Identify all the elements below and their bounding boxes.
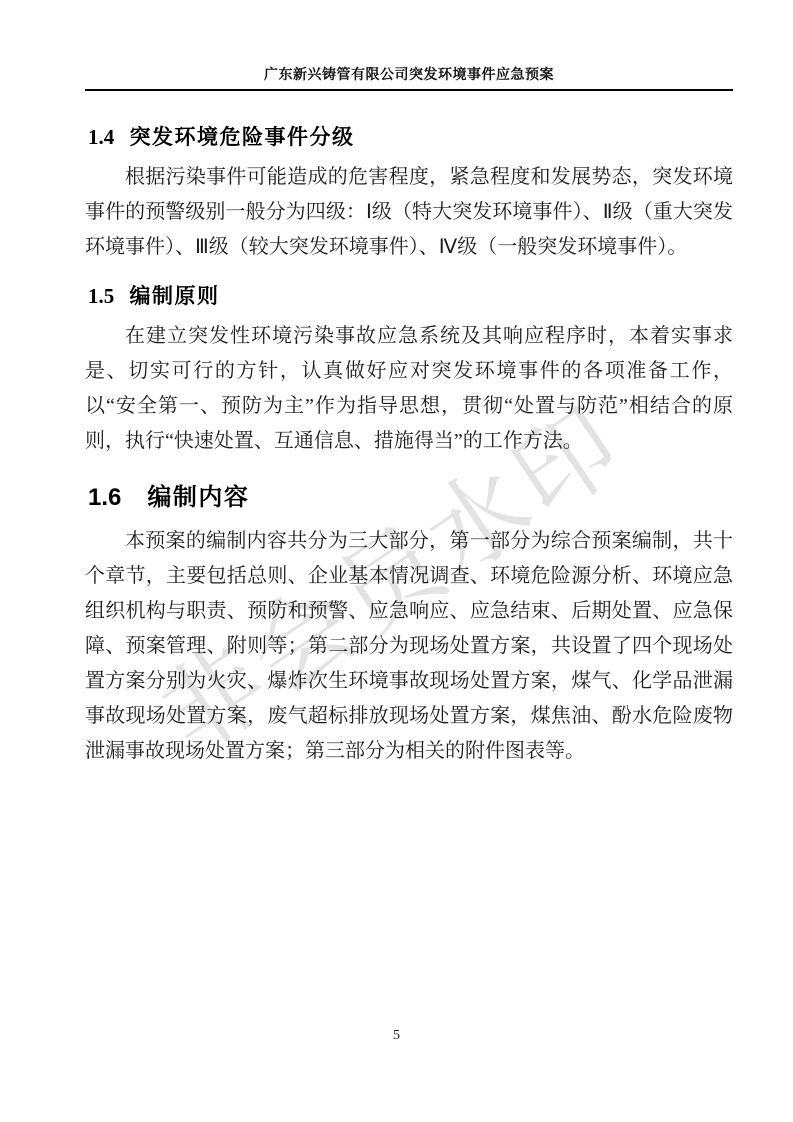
page-number: 5 <box>393 1028 400 1043</box>
page-header-title: 广东新兴铸管有限公司突发环境事件应急预案 <box>264 68 554 83</box>
page-footer: 5 <box>0 1028 793 1044</box>
section-number: 1.6 <box>88 484 121 511</box>
section-title: 编制内容 <box>147 484 249 511</box>
page-header: 广东新兴铸管有限公司突发环境事件应急预案 <box>85 64 733 91</box>
section-title: 突发环境危险事件分级 <box>130 126 355 149</box>
document-page: 非会员水印 广东新兴铸管有限公司突发环境事件应急预案 1.4 突发环境危险事件分… <box>0 0 793 1122</box>
section-1-4-paragraph: 根据污染事件可能造成的危害程度，紧急程度和发展势态，突发环境事件的预警级别一般分… <box>85 160 733 265</box>
section-heading-1-5: 1.5 编制原则 <box>88 280 733 310</box>
section-1-5-paragraph: 在建立突发性环境污染事故应急系统及其响应程序时，本着实事求是、切实可行的方针，认… <box>85 319 733 459</box>
section-heading-1-6: 1.6 编制内容 <box>88 477 733 512</box>
section-number: 1.4 <box>88 125 114 149</box>
section-1-6-paragraph: 本预案的编制内容共分为三大部分，第一部分为综合预案编制，共十个章节，主要包括总则… <box>85 524 733 769</box>
section-number: 1.5 <box>88 284 114 308</box>
section-heading-1-4: 1.4 突发环境危险事件分级 <box>88 121 733 151</box>
section-title: 编制原则 <box>130 285 220 308</box>
